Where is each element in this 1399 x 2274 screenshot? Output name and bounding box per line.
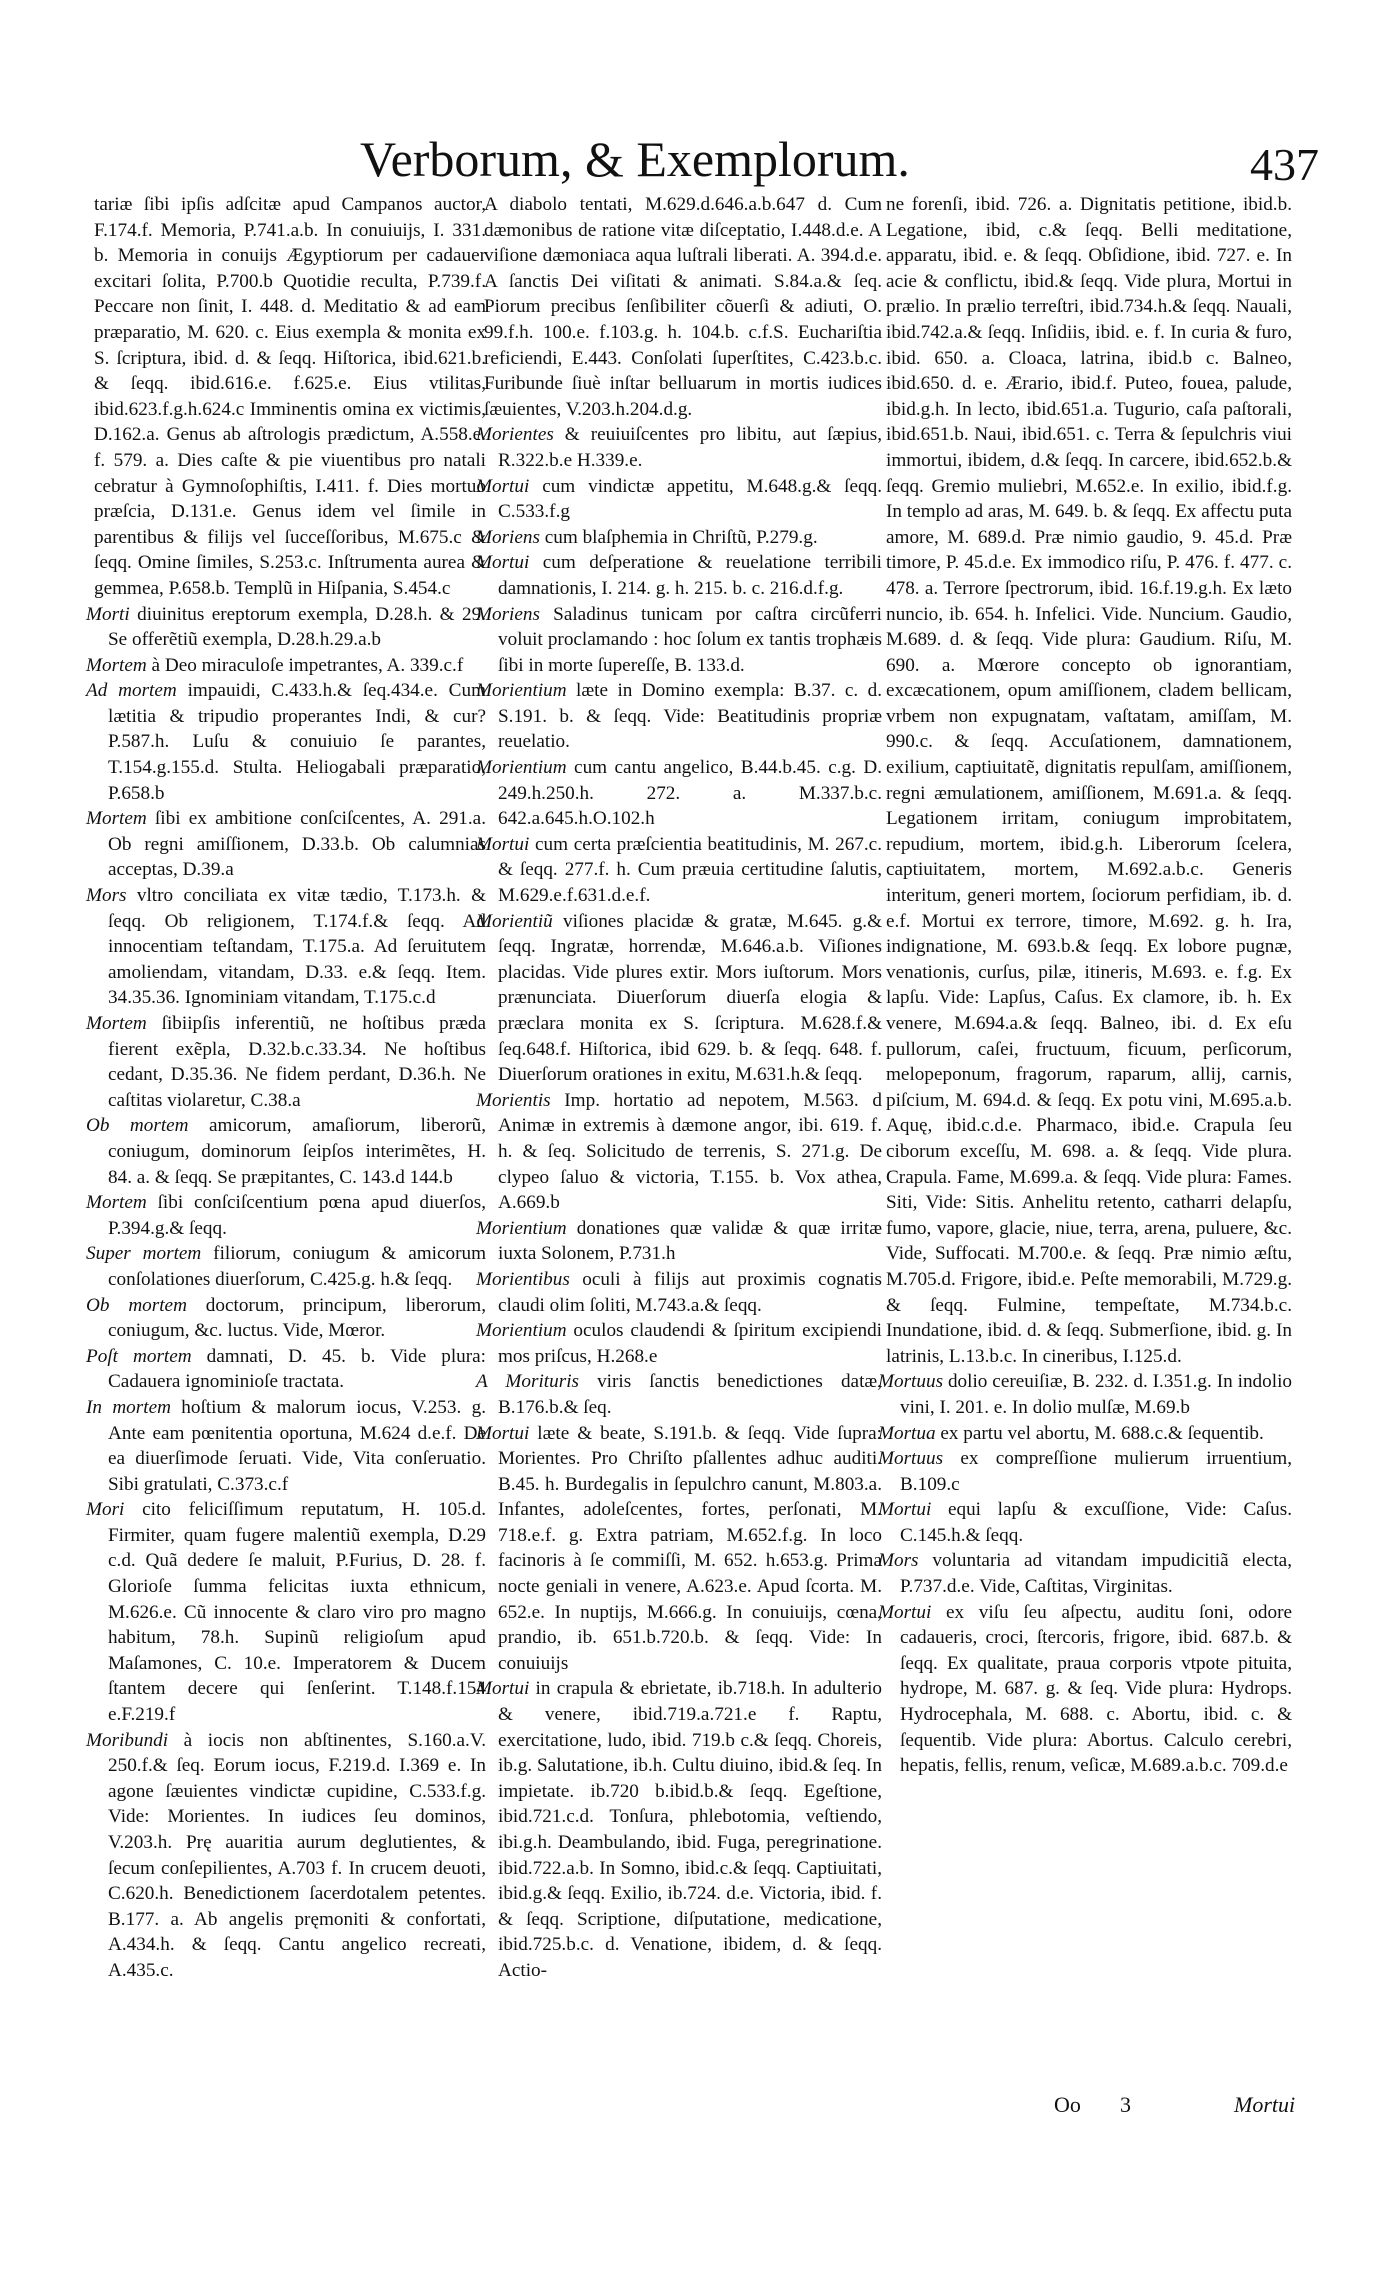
page-number: 437 [1250, 138, 1319, 191]
index-entry: Mortem à Deo miraculoſe impetrantes, A. … [86, 653, 486, 679]
catchword: Mortui [1234, 2092, 1295, 2118]
index-entry: Ob mortem doctorum, principum, liberorum… [86, 1293, 486, 1344]
index-entry: Moriens cum blaſphemia in Chriſtũ, P.279… [476, 525, 882, 551]
entry-text: ſibiipſis inferentiũ, ne hoſtibus præda … [108, 1013, 486, 1111]
index-entry: Morientis Imp. hortatio ad nepotem, M.56… [476, 1088, 882, 1216]
index-entry: Mortui ex viſu ſeu aſpectu, auditu ſoni,… [878, 1600, 1292, 1779]
entry-text: diuinitus ereptorum exempla, D.28.h. & 2… [108, 604, 486, 651]
entry-text: ne forenſi, ibid. 726. a. Dignitatis pet… [886, 194, 1292, 1367]
entry-headword: Morientiũ [476, 911, 553, 932]
entry-headword: Mortuus [878, 1448, 943, 1469]
index-entry: Mortui cum vindictæ appetitu, M.648.g.& … [476, 474, 882, 525]
entry-headword: Mortem [86, 1013, 147, 1034]
signature-number: 3 [1120, 2092, 1131, 2118]
index-column-left: tariæ ſibi ipſis adſcitæ apud Campanos a… [86, 192, 486, 1984]
entry-headword: Mortui [476, 834, 529, 855]
entry-text: cum blaſphemia in Chriſtũ, P.279.g. [540, 527, 818, 548]
index-entry: Poſt mortem damnati, D. 45. b. Vide plur… [86, 1344, 486, 1395]
entry-headword: Mortui [878, 1602, 931, 1623]
index-entry: tariæ ſibi ipſis adſcitæ apud Campanos a… [86, 192, 486, 602]
entry-headword: Morientis [476, 1090, 551, 1111]
index-entry: Moriens Saladinus tunicam por caſtra cir… [476, 602, 882, 679]
entry-text: equi lapſu & excuſſione, Vide: Caſus. C.… [900, 1499, 1292, 1546]
entry-text: Imp. hortatio ad nepotem, M.563. d Animæ… [498, 1090, 882, 1213]
entry-text: ſibi conſciſcentium pœna apud diuerſos, … [108, 1192, 486, 1239]
running-title: Verborum, & Exemplorum. [360, 130, 960, 188]
index-entry: ne forenſi, ibid. 726. a. Dignitatis pet… [878, 192, 1292, 1369]
entry-text: ex viſu ſeu aſpectu, auditu ſoni, odore … [900, 1602, 1292, 1777]
entry-text: ex compreſſione mulierum irruentium, B.1… [900, 1448, 1292, 1495]
entry-headword: Moriens [476, 604, 540, 625]
index-entry: Morientiũ viſiones placidæ & gratæ, M.64… [476, 909, 882, 1088]
entry-text: tariæ ſibi ipſis adſcitæ apud Campanos a… [94, 194, 486, 599]
index-entry: Mori cito feliciſſimum reputatum, H. 105… [86, 1497, 486, 1727]
book-page: Verborum, & Exemplorum. 437 tariæ ſibi i… [0, 0, 1399, 2274]
entry-headword: In mortem [86, 1397, 171, 1418]
entry-headword: Mortui [476, 552, 529, 573]
entry-headword: Mori [86, 1499, 124, 1520]
entry-headword: Mors [878, 1550, 919, 1571]
entry-headword: Ad mortem [86, 680, 177, 701]
entry-text: ſibi ex ambitione conſciſcentes, A. 291.… [108, 808, 486, 880]
entry-text: & reuiuiſcentes pro libitu, aut ſæpius, … [498, 424, 882, 471]
entry-text: dolio cereuiſiæ, B. 232. d. I.351.g. In … [900, 1371, 1292, 1418]
index-entry: Moribundi à iocis non abſtinentes, S.160… [86, 1728, 486, 1984]
index-column-right: ne forenſi, ibid. 726. a. Dignitatis pet… [878, 192, 1292, 1779]
index-entry: Ob mortem amicorum, amaſiorum, liberorũ,… [86, 1113, 486, 1190]
entry-headword: Mortui [878, 1499, 931, 1520]
index-entry: Mortui cum deſperatione & reuelatione te… [476, 550, 882, 601]
index-entry: Mortua ex partu vel abortu, M. 688.c.& ſ… [878, 1421, 1292, 1447]
entry-text: cito feliciſſimum reputatum, H. 105.d. F… [108, 1499, 486, 1725]
entry-headword: Ob mortem [86, 1295, 187, 1316]
index-entry: Morientium oculos claudendi & ſpiritum e… [476, 1318, 882, 1369]
entry-text: à iocis non abſtinentes, S.160.a.V. 250.… [108, 1730, 486, 1981]
entry-headword: A Morituris [476, 1371, 579, 1392]
index-entry: Mortuus dolio cereuiſiæ, B. 232. d. I.35… [878, 1369, 1292, 1420]
entry-headword: Morientium [476, 757, 567, 778]
index-entry: Morientium donationes quæ validæ & quæ i… [476, 1216, 882, 1267]
entry-text: à Deo miraculoſe impetrantes, A. 339.c.f [147, 655, 464, 676]
index-entry: Ad mortem impauidi, C.433.h.& ſeq.434.e.… [86, 678, 486, 806]
index-entry: Mors vltro conciliata ex vitæ tædio, T.1… [86, 883, 486, 1011]
index-entry: Mortuus ex compreſſione mulierum irruent… [878, 1446, 1292, 1497]
entry-text: voluntaria ad vitandam impudicitiã elect… [900, 1550, 1292, 1597]
entry-headword: Moribundi [86, 1730, 168, 1751]
entry-headword: Mortui [476, 476, 529, 497]
entry-headword: Morientes [476, 424, 554, 445]
index-entry: Mortui cum certa præſcientia beatitudini… [476, 832, 882, 909]
entry-headword: Mortuus [878, 1371, 943, 1392]
index-entry: Mors voluntaria ad vitandam impudicitiã … [878, 1548, 1292, 1599]
index-entry: Morientes & reuiuiſcentes pro libitu, au… [476, 422, 882, 473]
index-entry: Morientibus oculi à filijs aut proximis … [476, 1267, 882, 1318]
entry-text: in crapula & ebrietate, ib.718.h. In adu… [498, 1678, 882, 1981]
index-entry: Morientium cum cantu angelico, B.44.b.45… [476, 755, 882, 832]
index-entry: A diabolo tentati, M.629.d.646.a.b.647 d… [476, 192, 882, 422]
entry-headword: Ob mortem [86, 1115, 189, 1136]
entry-headword: Mortui [476, 1678, 529, 1699]
entry-text: læte & beate, S.191.b. & ſeqq. Vide ſupr… [498, 1423, 882, 1674]
entry-text: viſiones placidæ & gratæ, M.645. g.& ſeq… [498, 911, 882, 1086]
entry-headword: Mortem [86, 1192, 147, 1213]
entry-headword: Morientibus [476, 1269, 570, 1290]
entry-headword: Mortem [86, 655, 147, 676]
index-entry: A Morituris viris ſanctis benedictiones … [476, 1369, 882, 1420]
entry-headword: Mortui [476, 1423, 529, 1444]
entry-text: cum certa præſcientia beatitudinis, M. 2… [498, 834, 882, 906]
entry-headword: Mors [86, 885, 127, 906]
entry-headword: Poſt mortem [86, 1346, 192, 1367]
entry-headword: Morientium [476, 1320, 567, 1341]
index-entry: Morientium læte in Domino exempla: B.37.… [476, 678, 882, 755]
index-entry: Mortui in crapula & ebrietate, ib.718.h.… [476, 1676, 882, 1983]
index-entry: In mortem hoſtium & malorum iocus, V.253… [86, 1395, 486, 1497]
entry-headword: Mortem [86, 808, 147, 829]
entry-headword: Super mortem [86, 1243, 201, 1264]
entry-text: Saladinus tunicam por caſtra circũferri … [498, 604, 882, 676]
index-entry: Mortui læte & beate, S.191.b. & ſeqq. Vi… [476, 1421, 882, 1677]
index-entry: Morti diuinitus ereptorum exempla, D.28.… [86, 602, 486, 653]
entry-text: cum vindictæ appetitu, M.648.g.& ſeqq. C… [498, 476, 882, 523]
entry-headword: Moriens [476, 527, 540, 548]
entry-text: A diabolo tentati, M.629.d.646.a.b.647 d… [484, 194, 882, 420]
index-entry: Mortem ſibi conſciſcentium pœna apud diu… [86, 1190, 486, 1241]
signature-mark: Oo [1054, 2092, 1081, 2118]
entry-headword: Morti [86, 604, 130, 625]
entry-headword: Mortua [878, 1423, 936, 1444]
entry-headword: Morientium [476, 680, 567, 701]
index-column-middle: A diabolo tentati, M.629.d.646.a.b.647 d… [476, 192, 882, 1984]
index-entry: Super mortem filiorum, coniugum & amicor… [86, 1241, 486, 1292]
index-entry: Mortem ſibiipſis inferentiũ, ne hoſtibus… [86, 1011, 486, 1113]
entry-text: vltro conciliata ex vitæ tædio, T.173.h.… [108, 885, 486, 1008]
entry-headword: Morientium [476, 1218, 567, 1239]
index-entry: Mortui equi lapſu & excuſſione, Vide: Ca… [878, 1497, 1292, 1548]
entry-text: cum deſperatione & reuelatione terribili… [498, 552, 882, 599]
entry-text: ex partu vel abortu, M. 688.c.& ſequenti… [936, 1423, 1264, 1444]
index-entry: Mortem ſibi ex ambitione conſciſcentes, … [86, 806, 486, 883]
